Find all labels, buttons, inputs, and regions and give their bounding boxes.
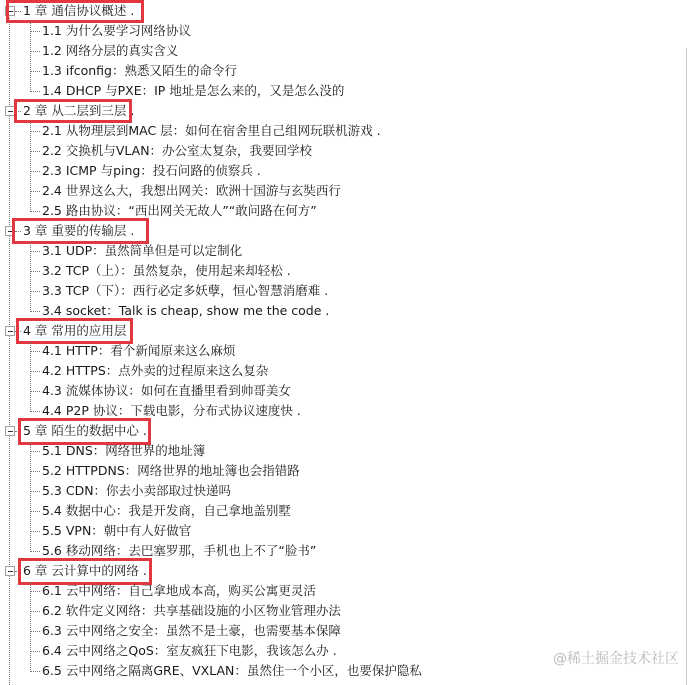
section-2-2[interactable]: 2.2 交换机与VLAN：办公室太复杂，我要回学校 [0, 141, 640, 161]
section-label: 5.1 DNS：网络世界的地址簿 [42, 441, 205, 461]
section-3-2[interactable]: 3.2 TCP（上）：虽然复杂，使用起来却轻松 . [0, 261, 640, 281]
section-label: 5.4 数据中心：我是开发商，自己拿地盖别墅 [42, 501, 291, 521]
section-label: 2.2 交换机与VLAN：办公室太复杂，我要回学校 [42, 141, 312, 161]
tree-connector [31, 271, 40, 272]
tree-connector [31, 91, 40, 92]
collapse-toggle-icon[interactable] [5, 106, 15, 116]
tree-connector [31, 51, 40, 52]
section-3-1[interactable]: 3.1 UDP：虽然简单但是可以定制化 [0, 241, 640, 261]
tree-connector [15, 231, 21, 232]
tree-connector [31, 651, 40, 652]
chapter-label: 2 章 从二层到三层 . [23, 101, 134, 121]
section-label: 3.4 socket：Talk is cheap, show me the co… [42, 301, 329, 321]
tree-connector [31, 591, 40, 592]
tree-connector [31, 131, 40, 132]
section-6-5[interactable]: 6.5 云中网络之隔离GRE、VXLAN：虽然住一个小区，也要保护隐私 [0, 661, 640, 681]
collapse-toggle-icon[interactable] [5, 326, 15, 336]
chapter-label: 4 章 常用的应用层 . [23, 321, 134, 341]
section-6-4[interactable]: 6.4 云中网络之QoS：室友疯狂下电影，我该怎么办 . [0, 641, 640, 661]
chapter-label: 5 章 陌生的数据中心 . [23, 421, 147, 441]
section-label: 5.2 HTTPDNS：网络世界的地址簿也会指错路 [42, 461, 300, 481]
section-5-1[interactable]: 5.1 DNS：网络世界的地址簿 [0, 441, 640, 461]
section-label: 4.2 HTTPS：点外卖的过程原来这么复杂 [42, 361, 268, 381]
tree-connector [31, 531, 40, 532]
section-label: 1.4 DHCP 与PXE：IP 地址是怎么来的，又是怎么没的 [42, 81, 344, 101]
section-1-3[interactable]: 1.3 ifconfig：熟悉又陌生的命令行 [0, 61, 640, 81]
chapter-1[interactable]: 1 章 通信协议概述 . [0, 1, 300, 21]
section-4-3[interactable]: 4.3 流媒体协议：如何在直播里看到帅哥美女 [0, 381, 640, 401]
section-label: 3.1 UDP：虽然简单但是可以定制化 [42, 241, 242, 261]
section-label: 5.3 CDN：你去小卖部取过快递吗 [42, 481, 231, 501]
chapter-6[interactable]: 6 章 云计算中的网络 . [0, 561, 300, 581]
section-label: 2.4 世界这么大，我想出网关：欧洲十国游与玄奘西行 [42, 181, 341, 201]
tree-connector [31, 451, 40, 452]
section-4-4[interactable]: 4.4 P2P 协议：下载电影，分布式协议速度快 . [0, 401, 640, 421]
section-label: 3.2 TCP（上）：虽然复杂，使用起来却轻松 . [42, 261, 291, 281]
chapter-label: 6 章 云计算中的网络 . [23, 561, 147, 581]
section-5-2[interactable]: 5.2 HTTPDNS：网络世界的地址簿也会指错路 [0, 461, 640, 481]
tree-connector [15, 331, 21, 332]
tree-connector [31, 611, 40, 612]
tree-connector [31, 471, 40, 472]
section-2-4[interactable]: 2.4 世界这么大，我想出网关：欧洲十国游与玄奘西行 [0, 181, 640, 201]
section-5-3[interactable]: 5.3 CDN：你去小卖部取过快递吗 [0, 481, 640, 501]
tree-connector [31, 631, 40, 632]
tree-connector [31, 251, 40, 252]
watermark: @稀土掘金技术社区 [553, 648, 679, 668]
tree-connector [31, 151, 40, 152]
section-6-1[interactable]: 6.1 云中网络：自己拿地成本高，购买公寓更灵活 [0, 581, 640, 601]
section-4-2[interactable]: 4.2 HTTPS：点外卖的过程原来这么复杂 [0, 361, 640, 381]
tree-connector [31, 31, 40, 32]
tree-connector [15, 571, 21, 572]
chapter-label: 1 章 通信协议概述 . [23, 1, 134, 21]
collapse-toggle-icon[interactable] [5, 226, 15, 236]
tree-connector [31, 211, 40, 212]
section-2-3[interactable]: 2.3 ICMP 与ping：投石问路的侦察兵 . [0, 161, 640, 181]
section-label: 5.6 移动网络：去巴塞罗那，手机也上不了“脸书” [42, 541, 316, 561]
tree-connector [31, 191, 40, 192]
chapter-label: 3 章 重要的传输层 . [23, 221, 134, 241]
tree-connector [31, 411, 40, 412]
tree-connector [31, 551, 40, 552]
section-label: 6.3 云中网络之安全：虽然不是土豪，也需要基本保障 [42, 621, 341, 641]
section-5-4[interactable]: 5.4 数据中心：我是开发商，自己拿地盖别墅 [0, 501, 640, 521]
tree-connector [31, 391, 40, 392]
chapter-3[interactable]: 3 章 重要的传输层 . [0, 221, 300, 241]
section-3-4[interactable]: 3.4 socket：Talk is cheap, show me the co… [0, 301, 640, 321]
section-label: 1.3 ifconfig：熟悉又陌生的命令行 [42, 61, 237, 81]
tree-connector [15, 11, 21, 12]
collapse-toggle-icon[interactable] [5, 566, 15, 576]
tree-connector [31, 311, 40, 312]
section-6-2[interactable]: 6.2 软件定义网络：共享基础设施的小区物业管理办法 [0, 601, 640, 621]
section-1-1[interactable]: 1.1 为什么要学习网络协议 [0, 21, 640, 41]
section-label: 4.4 P2P 协议：下载电影，分布式协议速度快 . [42, 401, 301, 421]
chapter-4[interactable]: 4 章 常用的应用层 . [0, 321, 300, 341]
section-label: 6.5 云中网络之隔离GRE、VXLAN：虽然住一个小区，也要保护隐私 [42, 661, 422, 681]
section-label: 2.1 从物理层到MAC 层：如何在宿舍里自己组网玩联机游戏 . [42, 121, 381, 141]
section-label: 6.1 云中网络：自己拿地成本高，购买公寓更灵活 [42, 581, 316, 601]
section-label: 5.5 VPN：朝中有人好做官 [42, 521, 191, 541]
section-label: 3.3 TCP（下）：西行必定多妖孽，恒心智慧消磨难 . [42, 281, 328, 301]
collapse-toggle-icon[interactable] [5, 6, 15, 16]
section-label: 2.3 ICMP 与ping：投石问路的侦察兵 . [42, 161, 261, 181]
collapse-toggle-icon[interactable] [5, 426, 15, 436]
section-label: 1.2 网络分层的真实含义 [42, 41, 178, 61]
section-2-5[interactable]: 2.5 路由协议：“西出网关无故人”“敢问路在何方” [0, 201, 640, 221]
section-label: 1.1 为什么要学习网络协议 [42, 21, 191, 41]
section-1-4[interactable]: 1.4 DHCP 与PXE：IP 地址是怎么来的，又是怎么没的 [0, 81, 640, 101]
tree-connector [15, 431, 21, 432]
section-label: 4.3 流媒体协议：如何在直播里看到帅哥美女 [42, 381, 291, 401]
section-5-6[interactable]: 5.6 移动网络：去巴塞罗那，手机也上不了“脸书” [0, 541, 640, 561]
tree-connector [31, 351, 40, 352]
tree-connector [31, 291, 40, 292]
section-label: 6.2 软件定义网络：共享基础设施的小区物业管理办法 [42, 601, 341, 621]
tree-connector [31, 491, 40, 492]
chapter-2[interactable]: 2 章 从二层到三层 . [0, 101, 300, 121]
section-label: 6.4 云中网络之QoS：室友疯狂下电影，我该怎么办 . [42, 641, 337, 661]
section-5-5[interactable]: 5.5 VPN：朝中有人好做官 [0, 521, 640, 541]
tree-connector [31, 511, 40, 512]
chapter-5[interactable]: 5 章 陌生的数据中心 . [0, 421, 300, 441]
section-label: 4.1 HTTP：看个新闻原来这么麻烦 [42, 341, 235, 361]
section-label: 2.5 路由协议：“西出网关无故人”“敢问路在何方” [42, 201, 317, 221]
section-1-2[interactable]: 1.2 网络分层的真实含义 [0, 41, 640, 61]
tree-connector [15, 111, 21, 112]
tree-connector [31, 371, 40, 372]
tree-connector [31, 671, 40, 672]
section-2-1[interactable]: 2.1 从物理层到MAC 层：如何在宿舍里自己组网玩联机游戏 . [0, 121, 640, 141]
section-6-3[interactable]: 6.3 云中网络之安全：虽然不是土豪，也需要基本保障 [0, 621, 640, 641]
tree-connector [31, 171, 40, 172]
tree-connector [31, 71, 40, 72]
section-3-3[interactable]: 3.3 TCP（下）：西行必定多妖孽，恒心智慧消磨难 . [0, 281, 640, 301]
section-4-1[interactable]: 4.1 HTTP：看个新闻原来这么麻烦 [0, 341, 640, 361]
